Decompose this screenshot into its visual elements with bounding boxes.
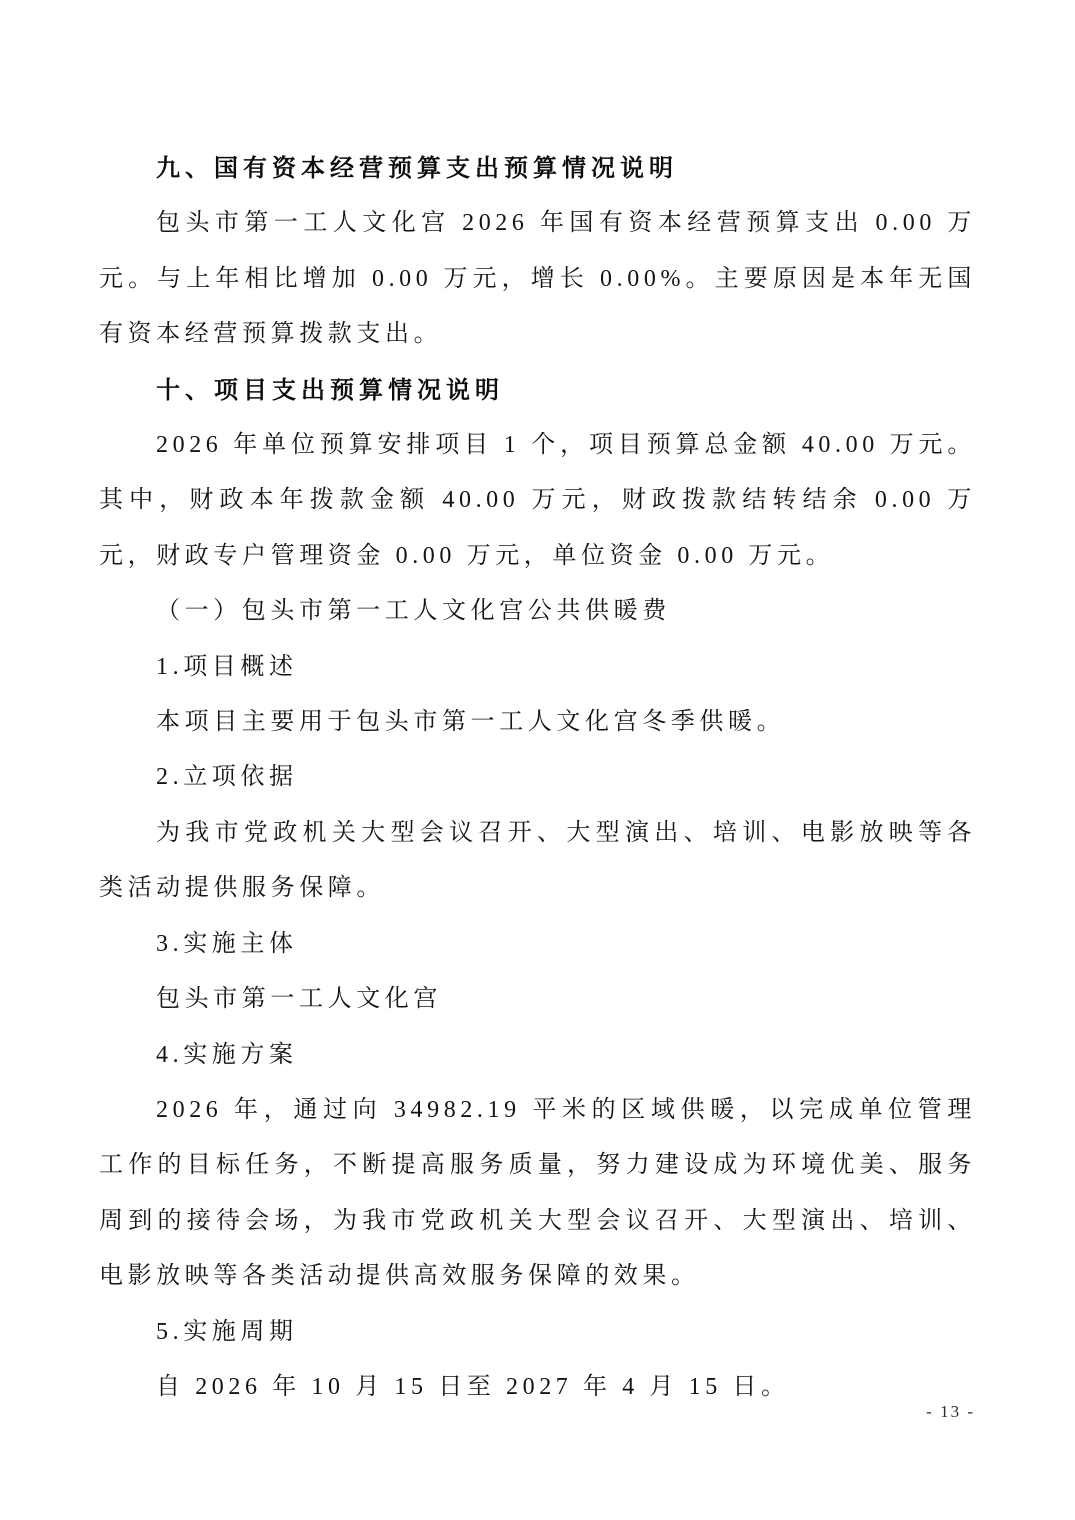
page-number: - 13 - — [926, 1402, 975, 1422]
paragraph-state-capital-budget: 包头市第一工人文化宫 2026 年国有资本经营预算支出 0.00 万元。与上年相… — [99, 196, 976, 362]
item-label-implementation-period: 5.实施周期 — [99, 1305, 976, 1360]
paragraph-implementation-period: 自 2026 年 10 月 15 日至 2027 年 4 月 15 日。 — [99, 1360, 976, 1415]
paragraph-implementing-body: 包头市第一工人文化宫 — [99, 972, 976, 1027]
document-page: 九、国有资本经营预算支出预算情况说明 包头市第一工人文化宫 2026 年国有资本… — [0, 0, 1075, 1520]
section-heading-9: 九、国有资本经营预算支出预算情况说明 — [99, 141, 976, 196]
paragraph-project-basis: 为我市党政机关大型会议召开、大型演出、培训、电影放映等各类活动提供服务保障。 — [99, 806, 976, 917]
item-label-project-overview: 1.项目概述 — [99, 640, 976, 695]
item-label-implementing-body: 3.实施主体 — [99, 917, 976, 972]
item-label-implementation-plan: 4.实施方案 — [99, 1028, 976, 1083]
paragraph-implementation-plan: 2026 年，通过向 34982.19 平米的区域供暖，以完成单位管理工作的目标… — [99, 1083, 976, 1305]
subsection-heading-project-name: （一）包头市第一工人文化宫公共供暖费 — [99, 584, 976, 639]
paragraph-project-budget-summary: 2026 年单位预算安排项目 1 个，项目预算总金额 40.00 万元。其中，财… — [99, 418, 976, 584]
document-body: 九、国有资本经营预算支出预算情况说明 包头市第一工人文化宫 2026 年国有资本… — [99, 141, 976, 1415]
paragraph-project-overview: 本项目主要用于包头市第一工人文化宫冬季供暖。 — [99, 695, 976, 750]
item-label-project-basis: 2.立项依据 — [99, 750, 976, 805]
section-heading-10: 十、项目支出预算情况说明 — [99, 363, 976, 418]
